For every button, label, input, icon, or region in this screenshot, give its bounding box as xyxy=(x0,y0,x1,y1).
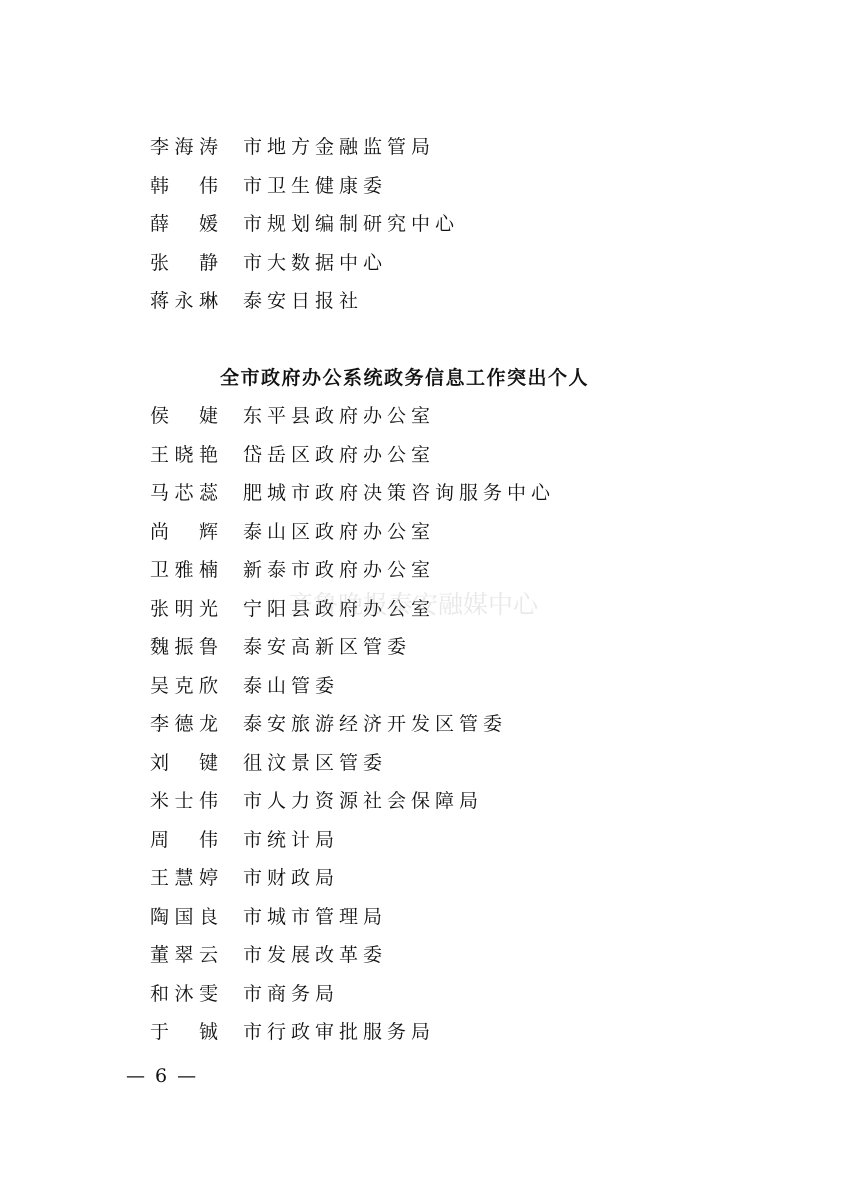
person-name: 尚辉 xyxy=(150,517,218,547)
organization: 泰山区政府办公室 xyxy=(243,517,435,547)
person-name: 李德龙 xyxy=(150,709,218,739)
organization: 肥城市政府决策咨询服务中心 xyxy=(243,478,555,508)
list-item: 王晓艳岱岳区政府办公室 xyxy=(150,440,435,470)
list-item: 李德龙泰安旅游经济开发区管委 xyxy=(150,709,507,739)
list-item: 卫雅楠新泰市政府办公室 xyxy=(150,555,435,585)
list-item: 陶国良市城市管理局 xyxy=(150,902,387,932)
person-name: 米士伟 xyxy=(150,786,218,816)
list-item: 蒋永琳泰安日报社 xyxy=(150,286,363,316)
person-name: 刘键 xyxy=(150,748,218,778)
list-item: 李海涛市地方金融监管局 xyxy=(150,132,435,162)
document-page: 李海涛市地方金融监管局韩伟市卫生健康委薛媛市规划编制研究中心张静市大数据中心蒋永… xyxy=(0,0,849,1200)
person-name: 蒋永琳 xyxy=(150,286,218,316)
organization: 市统计局 xyxy=(243,825,339,855)
person-name: 王晓艳 xyxy=(150,440,218,470)
list-item: 尚辉泰山区政府办公室 xyxy=(150,517,435,547)
person-name: 李海涛 xyxy=(150,132,218,162)
section-heading: 全市政府办公系统政务信息工作突出个人 xyxy=(220,363,589,393)
person-name: 周伟 xyxy=(150,825,218,855)
organization: 市规划编制研究中心 xyxy=(243,209,459,239)
person-name: 韩伟 xyxy=(150,171,218,201)
list-item: 张明光宁阳县政府办公室 xyxy=(150,594,435,624)
person-name: 于铖 xyxy=(150,1017,218,1047)
organization: 徂汶景区管委 xyxy=(243,748,387,778)
organization: 市卫生健康委 xyxy=(243,171,387,201)
list-item: 吴克欣泰山管委 xyxy=(150,671,339,701)
person-name: 张静 xyxy=(150,248,218,278)
list-item: 米士伟市人力资源社会保障局 xyxy=(150,786,483,816)
list-item: 魏振鲁泰安高新区管委 xyxy=(150,632,411,662)
list-item: 侯婕东平县政府办公室 xyxy=(150,401,435,431)
list-item: 韩伟市卫生健康委 xyxy=(150,171,387,201)
organization: 泰山管委 xyxy=(243,671,339,701)
organization: 东平县政府办公室 xyxy=(243,401,435,431)
list-item: 薛媛市规划编制研究中心 xyxy=(150,209,459,239)
list-item: 刘键徂汶景区管委 xyxy=(150,748,387,778)
organization: 市人力资源社会保障局 xyxy=(243,786,483,816)
list-item: 董翠云市发展改革委 xyxy=(150,940,387,970)
person-name: 卫雅楠 xyxy=(150,555,218,585)
person-name: 王慧婷 xyxy=(150,863,218,893)
organization: 市地方金融监管局 xyxy=(243,132,435,162)
person-name: 吴克欣 xyxy=(150,671,218,701)
person-name: 张明光 xyxy=(150,594,218,624)
organization: 市财政局 xyxy=(243,863,339,893)
organization: 泰安高新区管委 xyxy=(243,632,411,662)
organization: 岱岳区政府办公室 xyxy=(243,440,435,470)
person-name: 侯婕 xyxy=(150,401,218,431)
list-item: 于铖市行政审批服务局 xyxy=(150,1017,435,1047)
list-item: 王慧婷市财政局 xyxy=(150,863,339,893)
person-name: 薛媛 xyxy=(150,209,218,239)
list-item: 周伟市统计局 xyxy=(150,825,339,855)
organization: 市发展改革委 xyxy=(243,940,387,970)
person-name: 陶国良 xyxy=(150,902,218,932)
organization: 宁阳县政府办公室 xyxy=(243,594,435,624)
list-item: 和沐雯市商务局 xyxy=(150,979,339,1009)
organization: 泰安旅游经济开发区管委 xyxy=(243,709,507,739)
organization: 市城市管理局 xyxy=(243,902,387,932)
organization: 市商务局 xyxy=(243,979,339,1009)
organization: 新泰市政府办公室 xyxy=(243,555,435,585)
organization: 市行政审批服务局 xyxy=(243,1017,435,1047)
list-item: 马芯蕊肥城市政府决策咨询服务中心 xyxy=(150,478,555,508)
organization: 市大数据中心 xyxy=(243,248,387,278)
page-number: — 6 — xyxy=(126,1064,198,1088)
person-name: 马芯蕊 xyxy=(150,478,218,508)
organization: 泰安日报社 xyxy=(243,286,363,316)
person-name: 董翠云 xyxy=(150,940,218,970)
person-name: 魏振鲁 xyxy=(150,632,218,662)
list-item: 张静市大数据中心 xyxy=(150,248,387,278)
person-name: 和沐雯 xyxy=(150,979,218,1009)
